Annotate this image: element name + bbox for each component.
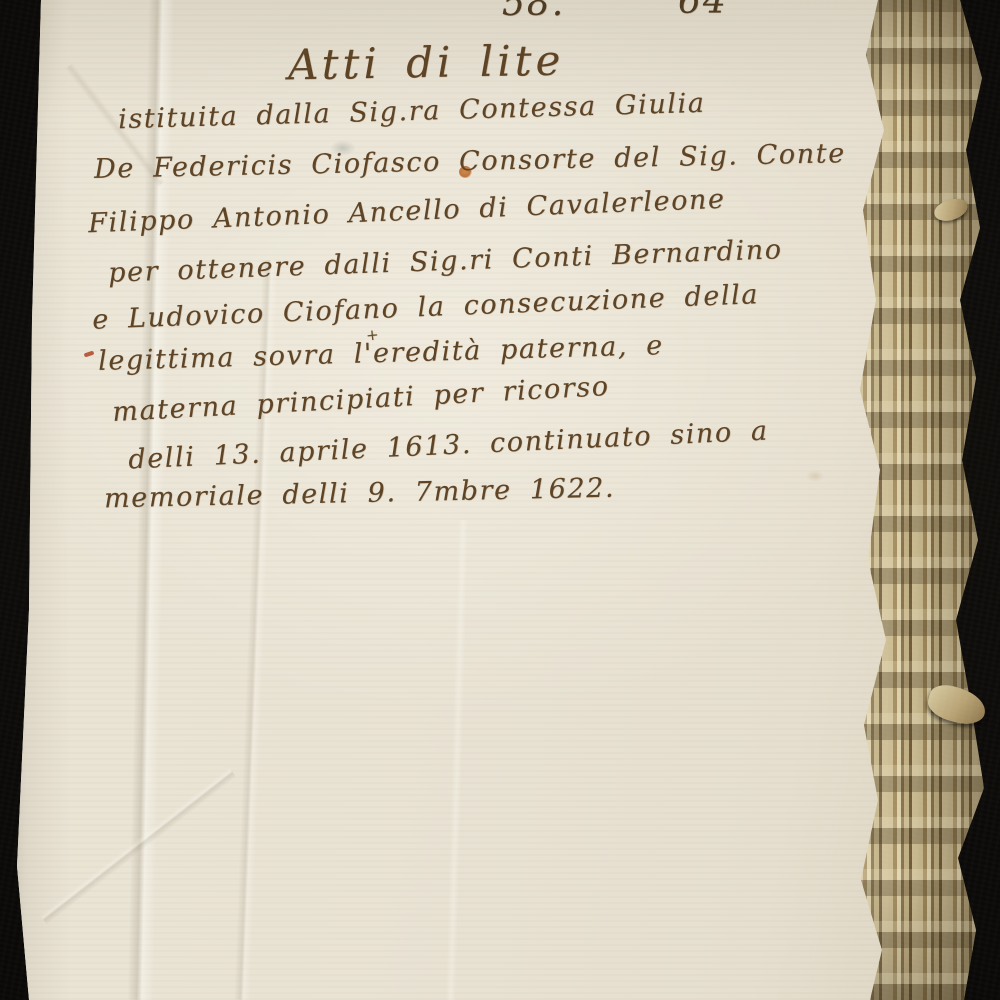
- plus-annotation-mark: +: [365, 325, 379, 344]
- photograph-background: 58. 64 Atti di lite istituita dalla Sig.…: [0, 0, 1000, 1000]
- folio-number-right: 64: [678, 0, 728, 22]
- folio-number-left: 58.: [502, 0, 565, 24]
- manuscript-title: Atti di lite: [288, 36, 565, 90]
